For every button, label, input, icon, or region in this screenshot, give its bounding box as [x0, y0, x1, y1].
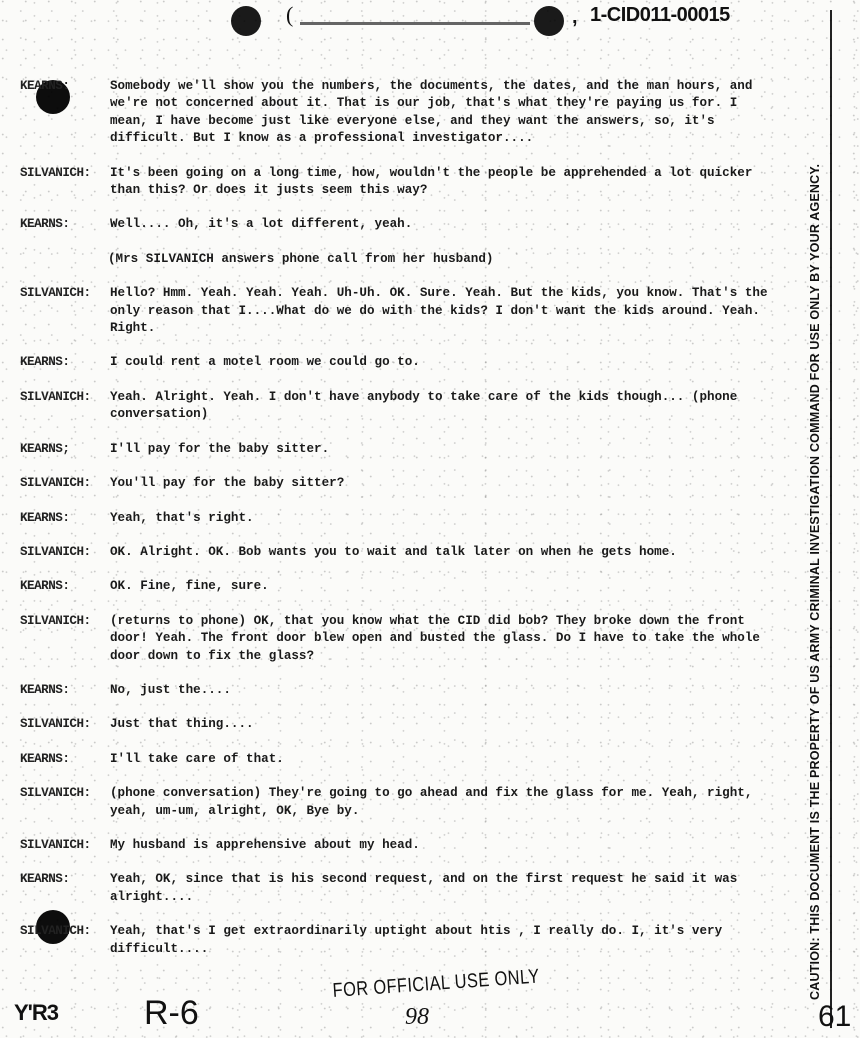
caution-notice: CAUTION: THIS DOCUMENT IS THE PROPERTY O…	[808, 40, 822, 1000]
transcript-entry: SILVANICH:It's been going on a long time…	[20, 165, 780, 200]
speaker-label: SILVANICH:	[20, 389, 110, 424]
transcript-entry: SILVANICH:Just that thing....	[20, 716, 780, 733]
speech-text: Yeah, OK, since that is his second reque…	[110, 871, 780, 906]
transcript-entry: SILVANICH:(returns to phone) OK, that yo…	[20, 613, 780, 665]
speaker-label: SILVANICH:	[20, 785, 110, 820]
speech-text: I'll take care of that.	[110, 751, 780, 768]
speech-text: Well.... Oh, it's a lot different, yeah.	[110, 216, 780, 233]
transcript-entry: SILVANICH:Yeah, that's I get extraordina…	[20, 923, 780, 958]
speech-text: My husband is apprehensive about my head…	[110, 837, 780, 854]
speech-text: OK. Fine, fine, sure.	[110, 578, 780, 595]
transcript-entry: KEARNS:I could rent a motel room we coul…	[20, 354, 780, 371]
speech-text: Somebody we'll show you the numbers, the…	[110, 78, 780, 148]
speaker-label: SILVANICH:	[20, 544, 110, 561]
transcript-entry: KEARNS:I'll take care of that.	[20, 751, 780, 768]
speech-text: I could rent a motel room we could go to…	[110, 354, 780, 371]
transcript-entry: KEARNS:OK. Fine, fine, sure.	[20, 578, 780, 595]
speech-text: I'll pay for the baby sitter.	[110, 441, 780, 458]
speech-text: No, just the....	[110, 682, 780, 699]
transcript-entry: SILVANICH:You'll pay for the baby sitter…	[20, 475, 780, 492]
speaker-label: SILVANICH:	[20, 716, 110, 733]
punch-hole-icon	[231, 6, 261, 36]
transcript-entry: SILVANICH:Yeah. Alright. Yeah. I don't h…	[20, 389, 780, 424]
speech-text: It's been going on a long time, how, wou…	[110, 165, 780, 200]
speech-text: Yeah, that's right.	[110, 510, 780, 527]
header-rule	[300, 22, 530, 25]
speaker-label: KEARNS:	[20, 78, 110, 148]
footer-initials: Y'R3	[14, 1000, 58, 1026]
header-comma: ,	[572, 6, 578, 29]
speaker-label: SILVANICH:	[20, 475, 110, 492]
transcript-entry: SILVANICH:Hello? Hmm. Yeah. Yeah. Yeah. …	[20, 285, 780, 337]
transcript: KEARNS:Somebody we'll show you the numbe…	[20, 78, 780, 975]
margin-rule	[830, 10, 832, 1028]
speaker-label: SILVANICH:	[20, 923, 110, 958]
punch-hole-icon	[534, 6, 564, 36]
transcript-entry: KEARNS;I'll pay for the baby sitter.	[20, 441, 780, 458]
header-paren: (	[286, 2, 293, 28]
transcript-entry: KEARNS:Somebody we'll show you the numbe…	[20, 78, 780, 148]
speaker-label: KEARNS:	[20, 578, 110, 595]
speech-text: OK. Alright. OK. Bob wants you to wait a…	[110, 544, 780, 561]
document-header: ( , 1-CID011-00015	[0, 0, 860, 56]
speech-text: Yeah. Alright. Yeah. I don't have anybod…	[110, 389, 780, 424]
speaker-label: KEARNS;	[20, 441, 110, 458]
transcript-entry: KEARNS:Yeah, that's right.	[20, 510, 780, 527]
speech-text: Yeah, that's I get extraordinarily uptig…	[110, 923, 780, 958]
speaker-label: SILVANICH:	[20, 613, 110, 665]
page-code: R-6	[144, 994, 199, 1033]
speech-text: (returns to phone) OK, that you know wha…	[110, 613, 780, 665]
document-id: 1-CID011-00015	[590, 4, 730, 27]
speaker-label: KEARNS:	[20, 871, 110, 906]
speaker-label: KEARNS:	[20, 216, 110, 233]
document-page: ( , 1-CID011-00015 CAUTION: THIS DOCUMEN…	[0, 0, 860, 1038]
transcript-entry: SILVANICH:(phone conversation) They're g…	[20, 785, 780, 820]
speaker-label: KEARNS:	[20, 751, 110, 768]
page-number: 98	[405, 1004, 429, 1031]
speaker-label: SILVANICH:	[20, 837, 110, 854]
speech-text: You'll pay for the baby sitter?	[110, 475, 780, 492]
transcript-entry: KEARNS:No, just the....	[20, 682, 780, 699]
speaker-label: SILVANICH:	[20, 285, 110, 337]
transcript-entry: KEARNS:Yeah, OK, since that is his secon…	[20, 871, 780, 906]
speaker-label: SILVANICH:	[20, 165, 110, 200]
stage-direction: (Mrs SILVANICH answers phone call from h…	[20, 251, 780, 268]
transcript-entry: KEARNS:Well.... Oh, it's a lot different…	[20, 216, 780, 233]
corner-mark: 61	[818, 1000, 851, 1034]
speech-text: Hello? Hmm. Yeah. Yeah. Yeah. Uh-Uh. OK.…	[110, 285, 780, 337]
transcript-entry: SILVANICH:OK. Alright. OK. Bob wants you…	[20, 544, 780, 561]
speaker-label: KEARNS:	[20, 510, 110, 527]
speaker-label: KEARNS:	[20, 354, 110, 371]
speech-text: Just that thing....	[110, 716, 780, 733]
transcript-entry: SILVANICH:My husband is apprehensive abo…	[20, 837, 780, 854]
speech-text: (phone conversation) They're going to go…	[110, 785, 780, 820]
speaker-label: KEARNS:	[20, 682, 110, 699]
